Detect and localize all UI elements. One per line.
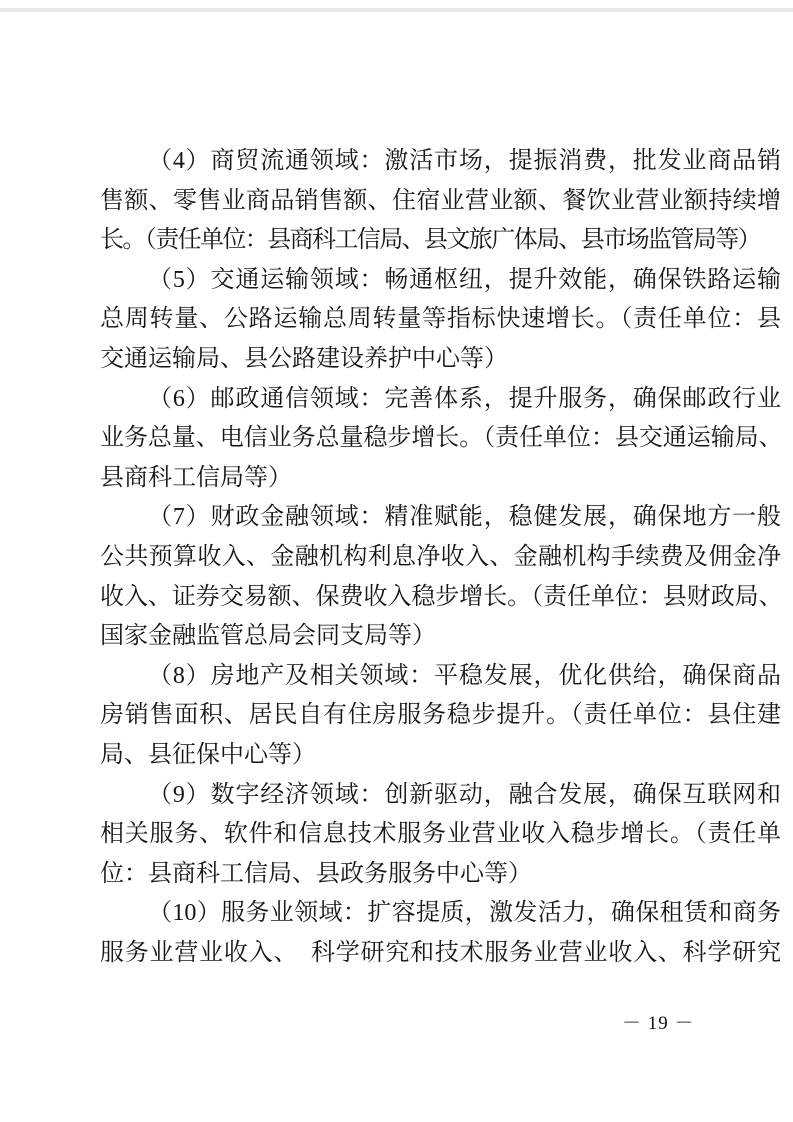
text-line: 国家金融监管总局会同支局等）	[100, 617, 781, 657]
text-line: 县商科工信局等）	[100, 459, 781, 499]
text-line: （5）交通运输领域：畅通枢纽，提升效能，确保铁路运输	[100, 261, 781, 301]
text-line: 公共预算收入、金融机构利息净收入、金融机构手续费及佣金净	[100, 538, 781, 578]
paragraph-item-5: （5）交通运输领域：畅通枢纽，提升效能，确保铁路运输 总周转量、公路运输总周转量…	[100, 261, 781, 380]
text-line: （8）房地产及相关领域：平稳发展，优化供给，确保商品	[100, 657, 781, 697]
text-line: （10）服务业领域：扩容提质，激发活力，确保租赁和商务	[100, 894, 781, 934]
paragraph-item-4: （4）商贸流通领域：激活市场，提振消费，批发业商品销 售额、零售业商品销售额、住…	[100, 142, 781, 261]
text-line: 相关服务、软件和信息技术服务业营业收入稳步增长。（责任单	[100, 815, 781, 855]
text-line: 业务总量、电信业务总量稳步增长。（责任单位：县交通运输局、	[100, 419, 781, 459]
text-line: 收入、证券交易额、保费收入稳步增长。（责任单位：县财政局、	[100, 578, 781, 618]
text-line: 服务业营业收入、 科学研究和技术服务业营业收入、科学研究	[100, 934, 781, 974]
text-line: 位：县商科工信局、县政务服务中心等）	[100, 855, 781, 895]
document-body: （4）商贸流通领域：激活市场，提振消费，批发业商品销 售额、零售业商品销售额、住…	[100, 142, 781, 973]
paragraph-item-8: （8）房地产及相关领域：平稳发展，优化供给，确保商品 房销售面积、居民自有住房服…	[100, 657, 781, 776]
text-line: （7）财政金融领域：精准赋能，稳健发展，确保地方一般	[100, 498, 781, 538]
text-line: 局、县征保中心等）	[100, 736, 781, 776]
text-line: （4）商贸流通领域：激活市场，提振消费，批发业商品销	[100, 142, 781, 182]
text-line: 长。（责任单位：县商科工信局、县文旅广体局、县市场监管局等）	[100, 221, 781, 261]
text-line: 售额、零售业商品销售额、住宿业营业额、餐饮业营业额持续增	[100, 182, 781, 222]
page-number: － 19 －	[622, 1010, 695, 1038]
paragraph-item-7: （7）财政金融领域：精准赋能，稳健发展，确保地方一般 公共预算收入、金融机构利息…	[100, 498, 781, 656]
paragraph-item-10: （10）服务业领域：扩容提质，激发活力，确保租赁和商务 服务业营业收入、 科学研…	[100, 894, 781, 973]
scan-artifact-line	[0, 8, 793, 12]
text-line: （6）邮政通信领域：完善体系，提升服务，确保邮政行业	[100, 380, 781, 420]
paragraph-item-9: （9）数字经济领域：创新驱动，融合发展，确保互联网和 相关服务、软件和信息技术服…	[100, 776, 781, 895]
text-line: 交通运输局、县公路建设养护中心等）	[100, 340, 781, 380]
paragraph-item-6: （6）邮政通信领域：完善体系，提升服务，确保邮政行业 业务总量、电信业务总量稳步…	[100, 380, 781, 499]
text-line: 房销售面积、居民自有住房服务稳步提升。（责任单位：县住建	[100, 696, 781, 736]
text-line: 总周转量、公路运输总周转量等指标快速增长。（责任单位：县	[100, 300, 781, 340]
document-page: （4）商贸流通领域：激活市场，提振消费，批发业商品销 售额、零售业商品销售额、住…	[0, 0, 793, 1122]
text-line: （9）数字经济领域：创新驱动，融合发展，确保互联网和	[100, 776, 781, 816]
